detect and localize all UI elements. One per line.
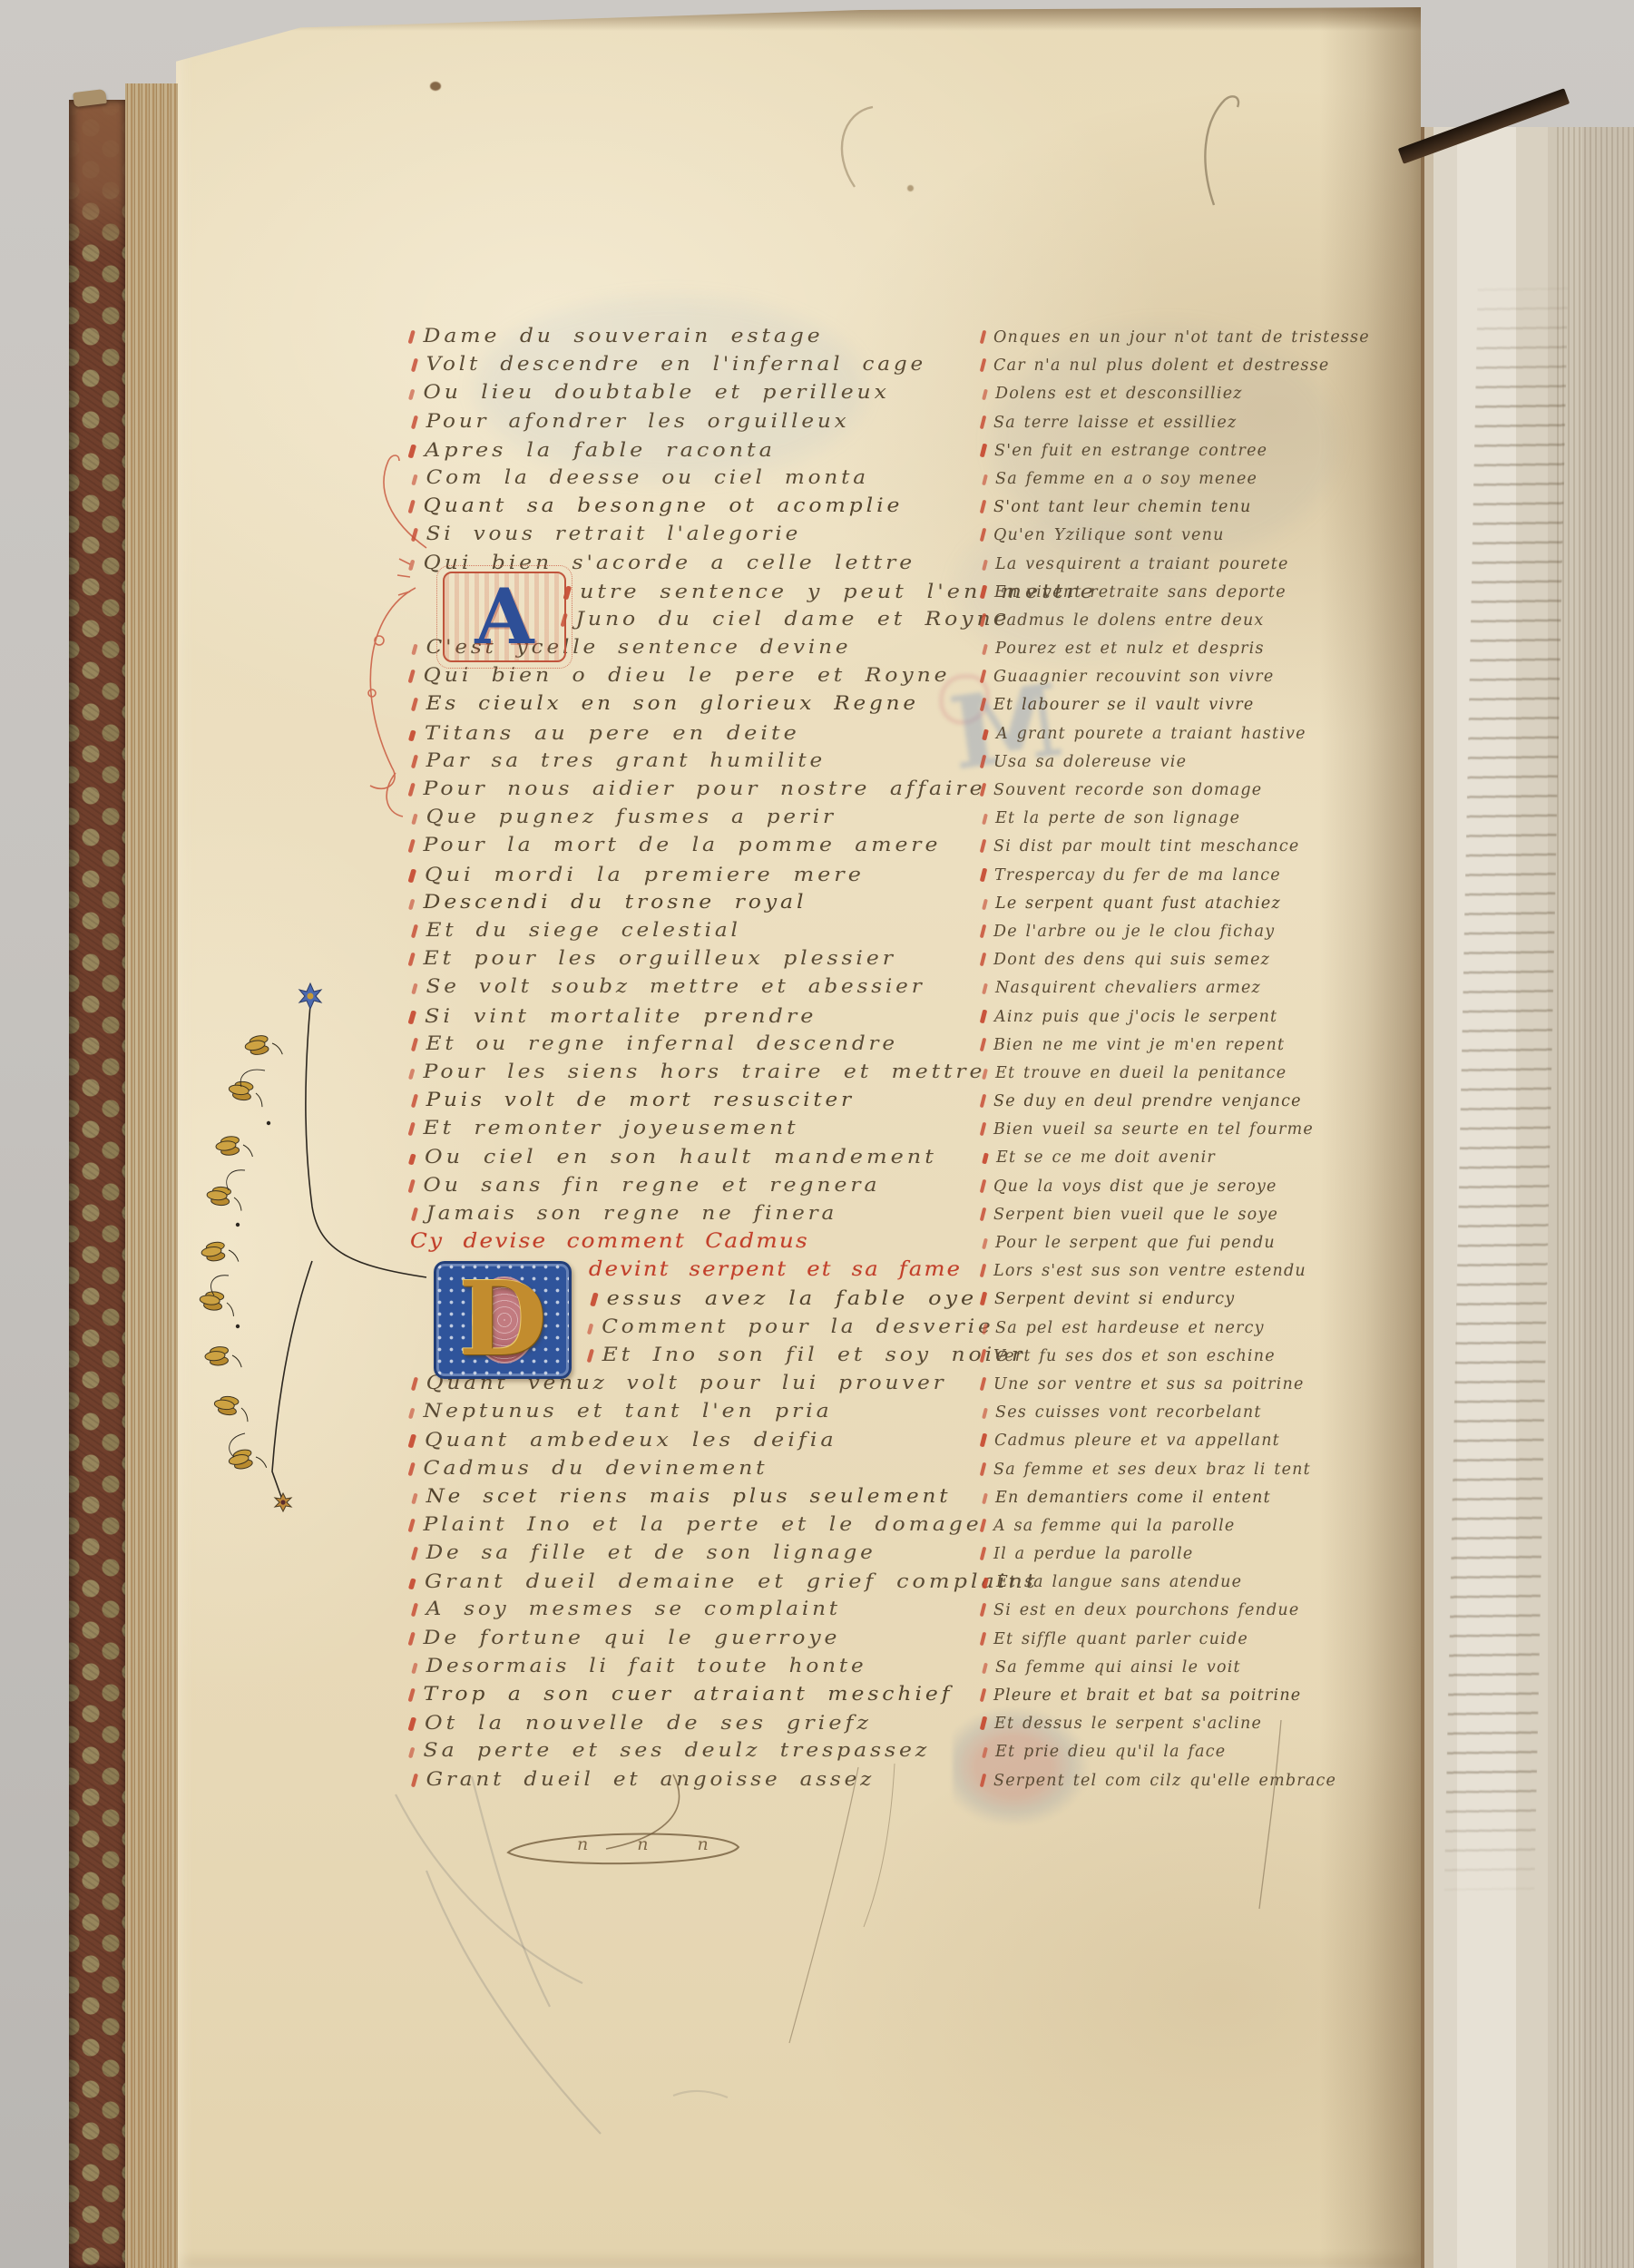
- manuscript-line: Et labourer se il vault vivre: [982, 691, 1417, 719]
- manuscript-line: Pour la mort de la pomme amere: [410, 831, 1081, 859]
- manuscript-line: Puis volt de mort resusciter: [413, 1086, 1071, 1114]
- manuscript-line: Grant dueil et angoisse assez: [413, 1765, 1071, 1794]
- manuscript-line: Quant sa besongne ot acomplie: [410, 492, 1081, 520]
- manuscript-line: Et sa langue sans atendue: [983, 1569, 1419, 1597]
- manuscript-page: M Dame du souverain estageVolt descendre…: [176, 7, 1421, 2268]
- manuscript-line: Serpent tel com cilz qu'elle embrace: [982, 1767, 1417, 1795]
- manuscript-line: Plaint Ino et la perte et le domage: [410, 1510, 1081, 1539]
- parchment-stain: [430, 82, 441, 91]
- manuscript-line: Il a perdue la parolle: [982, 1540, 1417, 1569]
- manuscript-line: Si vous retrait l'alegorie: [413, 520, 1071, 548]
- manuscript-line: Bien vueil sa seurte en tel fourme: [982, 1116, 1417, 1144]
- manuscript-line: Desormais li fait toute honte: [413, 1652, 1071, 1680]
- manuscript-line: Descendi du trosne royal: [410, 888, 1081, 916]
- manuscript-line: Souvent recorde son domage: [982, 777, 1417, 805]
- manuscript-line: Et la perte de son lignage: [983, 805, 1419, 833]
- manuscript-line: Guaagnier recouvint son vivre: [982, 663, 1417, 691]
- manuscript-line: S'ont tant leur chemin tenu: [982, 494, 1417, 522]
- manuscript-line: Et du siege celestial: [413, 916, 1071, 944]
- parchment-stain: [907, 185, 914, 191]
- manuscript-line: Cy devise comment Cadmus: [410, 1227, 1081, 1256]
- manuscript-line: S'en fuit en estrange contree: [982, 437, 1417, 465]
- manuscript-line: Neptunus et tant l'en pria: [410, 1397, 1081, 1425]
- illuminated-initial-A: A: [443, 572, 566, 662]
- manuscript-line: Trop a son cuer atraiant meschief: [410, 1680, 1081, 1708]
- page-top-edge-shadow: [176, 7, 1421, 31]
- manuscript-line: Car n'a nul plus dolent et destresse: [982, 352, 1417, 380]
- manuscript-line: Trespercay du fer de ma lance: [982, 862, 1417, 890]
- manuscript-line: Nasquirent chevaliers armez: [983, 974, 1419, 1002]
- manuscript-line: Pour le serpent que fui pendu: [983, 1229, 1419, 1257]
- manuscript-line: Jamais son regne ne finera: [413, 1199, 1071, 1227]
- page-block-edges: [125, 83, 178, 2268]
- manuscript-line: Ne scet riens mais plus seulement: [413, 1482, 1071, 1510]
- manuscript-line: La vesquirent a traiant pourete: [983, 551, 1419, 579]
- manuscript-line: Sa femme et ses deux braz li tent: [982, 1456, 1417, 1484]
- illuminated-initial-D: D: [434, 1261, 572, 1379]
- manuscript-line: Ses cuisses vont recorbelant: [983, 1399, 1419, 1427]
- manuscript-line: En vivent retraite sans deporte: [982, 579, 1417, 607]
- flourish-letters: n n n: [577, 1834, 709, 1854]
- manuscript-line: Cadmus le dolens entre deux: [982, 607, 1417, 635]
- manuscript-line: A soy mesmes se complaint: [413, 1595, 1071, 1623]
- manuscript-line: Et prie dieu qu'il la face: [983, 1738, 1419, 1766]
- manuscript-line: Le serpent quant fust atachiez: [983, 890, 1419, 918]
- manuscript-line: Onques en un jour n'ot tant de tristesse: [982, 324, 1417, 352]
- manuscript-line: Ainz puis que j'ocis le serpent: [982, 1003, 1417, 1031]
- manuscript-line: Pourez est et nulz et despris: [983, 635, 1419, 663]
- manuscript-line: Usa sa dolereuse vie: [982, 748, 1417, 777]
- manuscript-line: Et siffle quant parler cuide: [982, 1626, 1417, 1654]
- manuscript-line: Se volt soubz mettre et abessier: [413, 973, 1071, 1001]
- manuscript-line: Serpent bien vueil que le soye: [982, 1201, 1417, 1229]
- manuscript-line: Cadmus du devinement: [410, 1454, 1081, 1482]
- manuscript-line: Dont des dens qui suis semez: [982, 946, 1417, 974]
- manuscript-line: Com la deesse ou ciel monta: [413, 464, 1071, 492]
- manuscript-line: Dame du souverain estage: [410, 322, 1081, 350]
- manuscript-line: Et se ce me doit avenir: [983, 1144, 1419, 1172]
- manuscript-line: Lors s'est sus son ventre estendu: [982, 1257, 1417, 1286]
- manuscript-line: Sa femme en a o soy menee: [983, 465, 1419, 494]
- manuscript-line: De sa fille et de son lignage: [413, 1539, 1071, 1567]
- manuscript-line: Et trouve en dueil la penitance: [983, 1060, 1419, 1088]
- manuscript-line: Et pour les orguilleux plessier: [410, 944, 1081, 973]
- manuscript-line: Volt descendre en l'infernal cage: [413, 350, 1071, 378]
- manuscript-line: Si dist par moult tint meschance: [982, 833, 1417, 861]
- manuscript-line: Vert fu ses dos et son eschine: [982, 1343, 1417, 1371]
- initial-letter-d: D: [458, 1269, 546, 1371]
- manuscript-line: A grant pourete a traiant hastive: [983, 720, 1419, 748]
- manuscript-line: Sa perte et ses deulz trespassez: [410, 1736, 1081, 1765]
- manuscript-line: En demantiers come il entent: [983, 1484, 1419, 1512]
- manuscript-line: Et ou regne infernal descendre: [413, 1030, 1071, 1058]
- manuscript-line: Dolens est et desconsilliez: [983, 380, 1419, 408]
- manuscript-line: De fortune qui le guerroye: [410, 1624, 1081, 1652]
- manuscript-line: Ou sans fin regne et regnera: [410, 1171, 1081, 1199]
- book-spine: [69, 100, 125, 2268]
- manuscript-line: Se duy en deul prendre venjance: [982, 1088, 1417, 1116]
- manuscript-line: Que la voys dist que je seroye: [982, 1173, 1417, 1201]
- manuscript-line: Sa femme qui ainsi le voit: [983, 1654, 1419, 1682]
- manuscript-line: Et dessus le serpent s'acline: [982, 1710, 1417, 1738]
- manuscript-line: Sa terre laisse et essilliez: [982, 409, 1417, 437]
- manuscript-line: Et remonter joyeusement: [410, 1114, 1081, 1142]
- manuscript-line: A sa femme qui la parolle: [982, 1512, 1417, 1540]
- manuscript-line: Ou lieu doubtable et perilleux: [410, 378, 1081, 406]
- manuscript-line: Es cieulx en son glorieux Regne: [413, 689, 1071, 718]
- manuscript-line: Que pugnez fusmes a perir: [413, 803, 1071, 831]
- text-column-right: Onques en un jour n'ot tant de tristesse…: [982, 324, 1417, 1795]
- manuscript-line: Par sa tres grant humilite: [413, 747, 1071, 775]
- manuscript-line: Si est en deux pourchons fendue: [982, 1597, 1417, 1625]
- manuscript-line: Pour afondrer les orguilleux: [413, 407, 1071, 435]
- manuscript-line: Une sor ventre et sus sa poitrine: [982, 1371, 1417, 1399]
- manuscript-line: Pour les siens hors traire et mettre: [410, 1058, 1081, 1086]
- text-column-left: Dame du souverain estageVolt descendre e…: [410, 322, 1009, 1794]
- manuscript-line: Qu'en Yzilique sont venu: [982, 522, 1417, 550]
- manuscript-line: Sa pel est hardeuse et nercy: [983, 1315, 1419, 1343]
- manuscript-line: Cadmus pleure et va appellant: [982, 1427, 1417, 1455]
- initial-letter-a: A: [475, 579, 533, 655]
- manuscript-line: Serpent devint si endurcy: [982, 1286, 1417, 1314]
- manuscript-line: Pour nous aidier pour nostre affaire: [410, 775, 1081, 803]
- manuscript-line: Bien ne me vint je m'en repent: [982, 1031, 1417, 1060]
- manuscript-line: Pleure et brait et bat sa poitrine: [982, 1682, 1417, 1710]
- manuscript-line: De l'arbre ou je le clou fichay: [982, 918, 1417, 946]
- manuscript-photo: { "meta": { "description": "Photograph o…: [0, 0, 1634, 2268]
